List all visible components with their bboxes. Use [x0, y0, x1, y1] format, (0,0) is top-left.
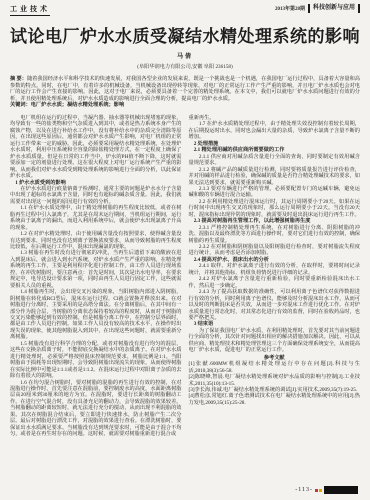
body-paragraph: 1.7 在炉水水质精处理过程中，由于精处理失效没控制有着较长周期，在后期投运时出…: [189, 121, 361, 140]
author-name: 马倩: [10, 51, 360, 60]
body-paragraph: 2.4.3 为了提高获取数据的准确性，可以利用离子色谱仪对获得数据进行有效的分析…: [189, 289, 361, 321]
keywords-label: 关键词：: [10, 102, 31, 108]
page-number: -113-: [295, 487, 313, 493]
body-paragraph: 1.3 树脂在再生时没有进行彻底的冲洗，当再生后遗留下来的酸液在进入到混床后，就…: [10, 250, 182, 289]
body-paragraph: 1.2 在对炉水精处理时，由于使用碱含量没有按照要求，使得碱含量没有达到要求，同…: [10, 231, 182, 250]
journal-name: 科技创新与应用: [308, 4, 360, 13]
header-right: 2013年第28期 科技创新与应用: [275, 4, 360, 13]
abstract-label: 摘 要：: [10, 76, 27, 82]
body-paragraph: 2.1.3 要对车辆进行严格的管理，必须要配置专门的运碱车辆，避免运碱和酸的车辆…: [189, 186, 361, 199]
body-paragraph: 2.4.1 取样、对炉水氯离子进行有效的分析，在取样时，要将时间记录统计，并将其…: [189, 263, 361, 276]
article-body: 电厂机组在运行的过程中，当凝汽器、抽水器等机械出现堵塞的现象，均导致有一些的盐类…: [10, 115, 360, 438]
left-column: 电厂机组在运行的过程中，当凝汽器、抽水器等机械出现堵塞的现象，均导致有一些的盐类…: [10, 115, 182, 438]
journal-page: 工业技术 2013年第28期 科技创新与应用 试论电厂炉水水质受凝结水精处理系统…: [0, 0, 370, 500]
body-paragraph: 1.1 在炉水水质处理中，由于精处理树脂的再生程度比较低，或者在树脂再生过程中引…: [10, 205, 182, 231]
body-paragraph: [1]张献.600MW机组凝结水精处理运行中存在问题[J].科技与生活,2010…: [189, 361, 361, 374]
body-paragraph: 1.4 树脂再生时，会出现交叉污染的现象，当阳树脂内部进入阴树脂，阴树脂在转化成…: [10, 289, 182, 341]
body-paragraph: 2.1.2 将碱产品的碱质量进行检测，同时要将质量报告进行评价检查，并对用碱的样…: [189, 167, 361, 186]
abstract: 摘 要：随着我国经济水平和科学技术的快速发展，对我国各型企业的发展来说，既是一个…: [10, 76, 360, 102]
body-paragraph: [2]陈晓峰,智晨.电厂凝结水精处理系统对炉水品质的影响与控制[J].工业技术,…: [189, 374, 361, 387]
body-paragraph: 在炉水水质进行痕量钠离子检测时，通常主要的问题是炉水水分子含量中出现了超标的水氯…: [10, 186, 182, 205]
logo-color-dots-icon: [315, 489, 322, 492]
author-affiliation: (阜阳华润电力有限公司,安徽 阜阳 236158): [10, 63, 360, 70]
page-header: 工业技术 2013年第28期 科技创新与应用: [10, 4, 360, 18]
page-footer: -113-: [295, 486, 358, 494]
journal-logo-badge-icon: [324, 486, 358, 494]
keywords: 关键词：电厂炉水水质；凝结水精处理系统；影响: [10, 102, 360, 109]
column-section-label: 工业技术: [10, 4, 50, 16]
body-paragraph: 电厂机组在运行的过程中，当凝汽器、抽水器等机械出现堵塞的现象，均导致有一些的盐类…: [10, 115, 182, 180]
body-paragraph: 2.3.2 在对树脂和阴树脂量以及阳树脂进行检查时，要对树脂流失程度进行统计，从…: [189, 244, 361, 257]
right-column: 重新再生。1.7 在炉水水质精处理过程中，由于精处理失效没控制有着较长周期，在后…: [189, 115, 361, 438]
body-paragraph: [4]曹松彦,常旭红.离子色谱测试技术在电厂凝结水精处理系统中的应用[J].热力…: [189, 393, 361, 406]
issue-label: 2013年第28期: [275, 5, 305, 12]
body-paragraph: 1.6 在均匀混合树脂时，要对树脂的混脂的再生进行有效的控制，在对混脂进行操作时…: [10, 380, 182, 438]
body-paragraph: 2.2 在利用精处理进行混床运行时，其运行周期要小于20天。如果在运行时间中出现…: [189, 199, 361, 218]
body-paragraph: 1.5 树脂没有进行科学合理的分配，或者对树脂没有进行均匀的混层，这些在交换杂质…: [10, 341, 182, 380]
body-paragraph: 2.3.1 严格控制精处理再生系统，在对树脂进行分离、阴阳树脂的冲洗、混脂以及最…: [189, 225, 361, 244]
keywords-text: 电厂炉水水质；凝结水精处理系统；影响: [31, 102, 124, 108]
body-paragraph: 2.1.1 供应商对用碱杂质含量进行全面的查询，同时要制定有效用碱含量规范要求。: [189, 154, 361, 167]
abstract-text: 随着我国经济水平和科学技术的快速发展，对我国各型企业的发展来说，既是一个挑战也是…: [10, 76, 360, 102]
body-paragraph: 为了保证我国电厂炉水水质，在利用精处理时，首先要对其当前问题进行全面的分析，其次…: [189, 328, 361, 354]
body-paragraph: 2.4.2 对炉水氯离子含量进行重新检验，同时要重新检验混床出水工作，然后进一步…: [189, 276, 361, 289]
article-title: 试论电厂炉水水质受凝结水精处理系统的影响: [10, 22, 360, 47]
